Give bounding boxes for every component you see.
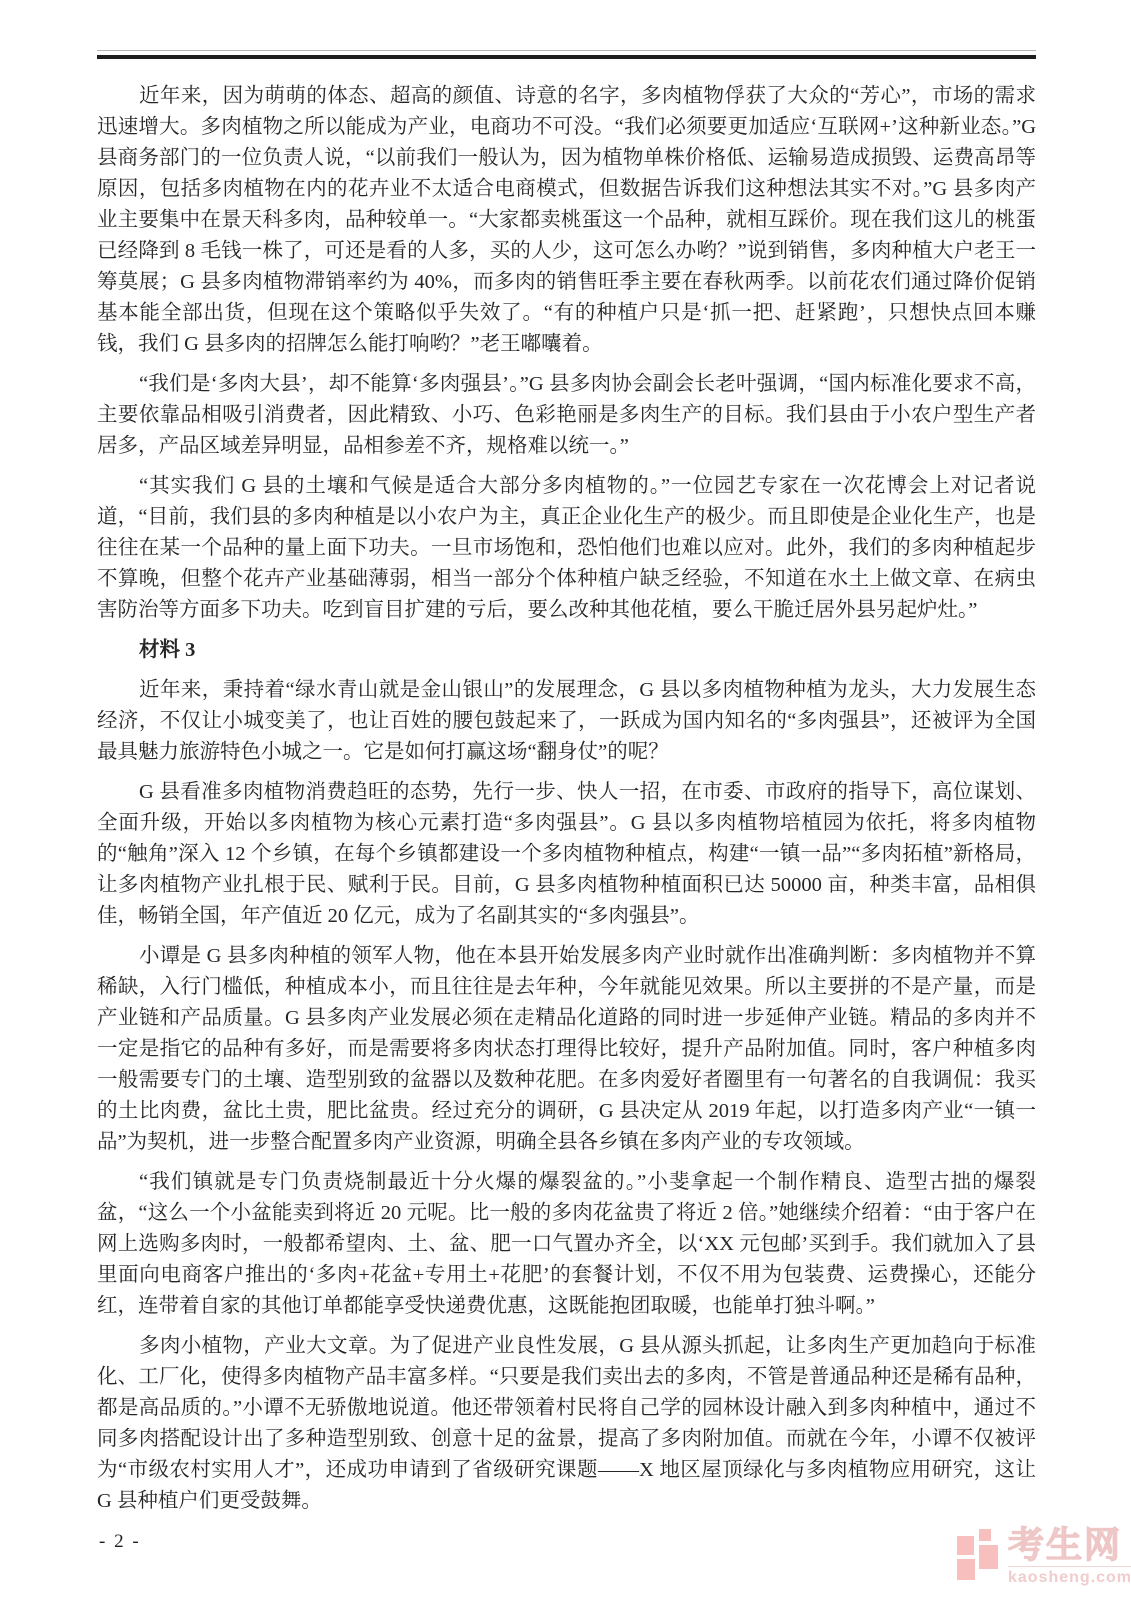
body-paragraph: “我们镇就是专门负责烧制最近十分火爆的爆裂盆的。”小斐拿起一个制作精良、造型古拙… [97, 1167, 1036, 1322]
material-text-body: 近年来，因为萌萌的体态、超高的颜值、诗意的名字，多肉植物俘获了大众的“芳心”，市… [97, 81, 1036, 1526]
body-paragraph: 小谭是 G 县多肉种植的领军人物，他在本县开始发展多肉产业时就作出准确判断：多肉… [97, 941, 1036, 1158]
body-paragraph: 近年来，因为萌萌的体态、超高的颜值、诗意的名字，多肉植物俘获了大众的“芳心”，市… [97, 81, 1036, 360]
page-number: - 2 - [99, 1531, 141, 1553]
body-paragraph: “其实我们 G 县的土壤和气候是适合大部分多肉植物的。”一位园艺专家在一次花博会… [97, 471, 1036, 626]
kaosheng-watermark: 考生网 kaosheng.com [956, 1527, 1118, 1589]
body-paragraph: “我们是‘多肉大县’，却不能算‘多肉强县’。”G 县多肉协会副会长老叶强调，“国… [97, 369, 1036, 462]
header-rule [97, 55, 1036, 59]
watermark-text-block: 考生网 kaosheng.com [1008, 1527, 1131, 1587]
body-paragraph: 多肉小植物，产业大文章。为了促进产业良性发展，G 县从源头抓起，让多肉生产更加趋… [97, 1331, 1036, 1517]
watermark-site-name: 考生网 [1008, 1527, 1131, 1563]
kaosheng-logo-icon [956, 1527, 1000, 1583]
document-page: 近年来，因为萌萌的体态、超高的颜值、诗意的名字，多肉植物俘获了大众的“芳心”，市… [0, 0, 1131, 1600]
material-3-heading: 材料 3 [97, 635, 1036, 666]
watermark-site-domain: kaosheng.com [1008, 1566, 1131, 1587]
body-paragraph: G 县看准多肉植物消费趋旺的态势，先行一步、快人一招，在市委、市政府的指导下，高… [97, 777, 1036, 932]
body-paragraph: 近年来，秉持着“绿水青山就是金山银山”的发展理念，G 县以多肉植物种植为龙头，大… [97, 675, 1036, 768]
